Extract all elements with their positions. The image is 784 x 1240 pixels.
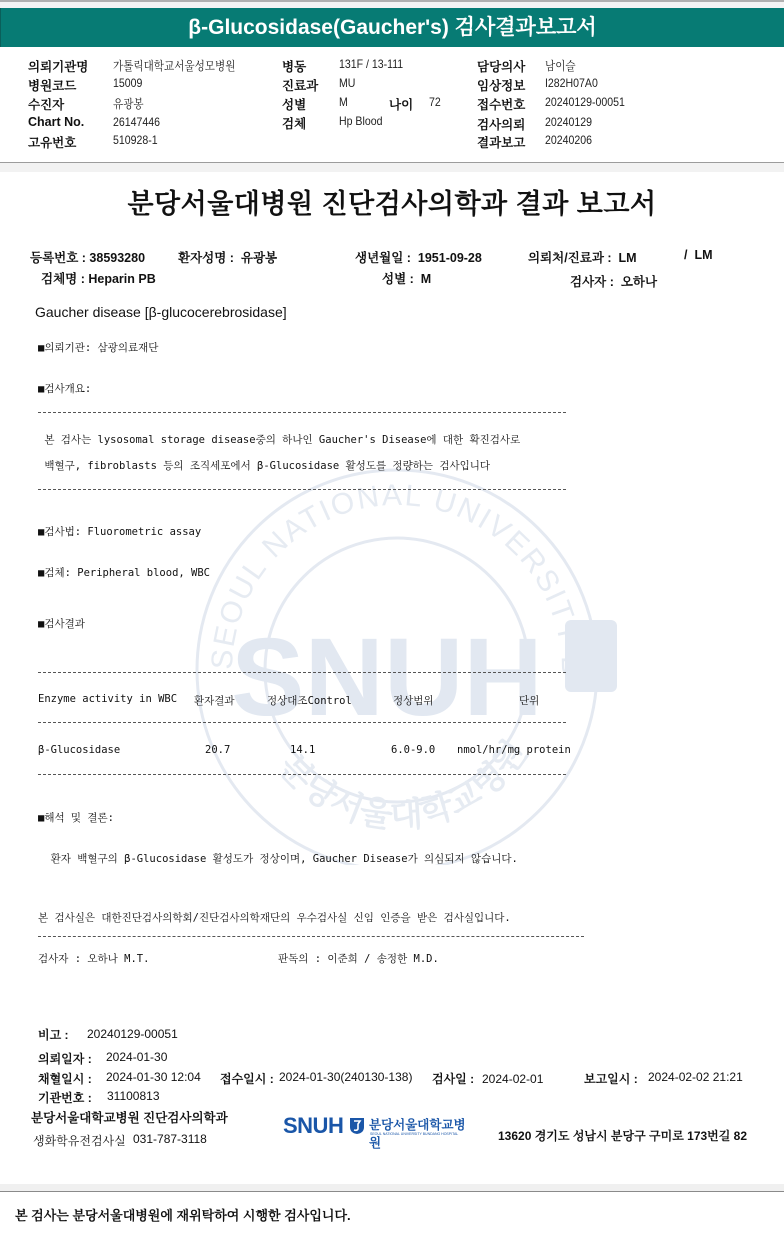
info-chart-no-value: 26147446	[113, 115, 166, 129]
dashed-rule	[38, 412, 566, 413]
col-enzyme: Enzyme activity in WBC	[38, 693, 177, 705]
info-institution: 의뢰기관명	[28, 57, 88, 75]
info-age: 나이	[389, 95, 413, 113]
info-institution-value: 가톨릭대학교서울성모병원	[113, 57, 252, 74]
report-date-value: 2024-02-02 21:21	[648, 1070, 743, 1084]
snuh-shield-icon	[349, 1117, 365, 1135]
request-date-label: 의뢰일자 :	[38, 1050, 92, 1067]
cell-unit: nmol/hr/mg protein	[457, 744, 571, 756]
patient-sex: 성별 : M	[382, 269, 431, 287]
info-doctor-value: 남이슬	[545, 57, 580, 74]
reconsignment-notice: 본 검사는 분당서울대병원에 재위탁하여 시행한 검사입니다.	[15, 1205, 351, 1224]
dashed-rule	[38, 936, 584, 937]
section-divider	[0, 162, 784, 172]
col-normal-range: 정상범위	[393, 693, 434, 708]
request-date-value: 2024-01-30	[106, 1050, 167, 1064]
report-title-bar-text: β-Glucosidase(Gaucher's) 검사결과보고서	[188, 16, 596, 39]
top-rule	[0, 0, 784, 8]
info-result-date: 결과보고	[477, 133, 525, 151]
certification-text: 본 검사실은 대한진단검사의학회/진단검사의학재단의 우수검사실 신임 인증을 …	[38, 910, 511, 925]
tester: 검사자 : 오하나	[570, 272, 657, 290]
collect-label: 채혈일시 :	[38, 1070, 92, 1087]
cell-patient-result: 20.7	[205, 744, 230, 756]
test-date-label: 검사일 :	[432, 1070, 474, 1087]
table-rule-bottom	[38, 774, 566, 775]
referring-dept-2: / LM	[684, 248, 713, 262]
test-method: ■검사법: Fluorometric assay	[38, 524, 201, 539]
info-specimen-value: Hp Blood	[339, 114, 388, 128]
info-sex-value: M	[339, 95, 349, 109]
info-request-date-value: 20240129	[545, 115, 598, 129]
note-value: 20240129-00051	[87, 1027, 178, 1041]
specimen-name: 검체명 : Heparin PB	[41, 269, 156, 287]
info-unique-no: 고유번호	[28, 133, 76, 151]
info-patient-value: 유광봉	[113, 95, 148, 112]
info-result-date-value: 20240206	[545, 133, 598, 147]
snuh-logo-text: SNUH	[283, 1113, 343, 1139]
institution-no-label: 기관번호 :	[38, 1089, 92, 1106]
test-date-value: 2024-02-01	[482, 1072, 543, 1086]
info-request-date: 검사의뢰	[477, 115, 525, 133]
date-of-birth: 생년월일 : 1951-09-28	[355, 248, 482, 266]
receive-value: 2024-01-30(240130-138)	[279, 1070, 412, 1084]
dashed-rule	[38, 489, 566, 490]
info-age-value: 72	[429, 95, 442, 109]
receive-label: 접수일시 :	[220, 1070, 274, 1087]
test-sample: ■검체: Peripheral blood, WBC	[38, 565, 210, 580]
col-control: 정상대조Control	[267, 693, 352, 708]
info-ward: 병동	[282, 57, 306, 75]
info-patient: 수진자	[28, 95, 64, 113]
hospital-report-title: 분당서울대병원 진단검사의학과 결과 보고서	[0, 182, 784, 221]
lab-phone: 031-787-3118	[133, 1132, 207, 1146]
info-clinical: 임상정보	[477, 76, 525, 94]
overview-line-1: 본 검사는 lysosomal storage disease중의 하나인 Ga…	[38, 432, 520, 447]
institution-no-value: 31100813	[107, 1089, 160, 1103]
interpretation-heading: ■해석 및 결론:	[38, 810, 114, 825]
cell-enzyme: β-Glucosidase	[38, 744, 120, 756]
info-sex: 성별	[282, 95, 306, 113]
info-ward-value: 131F / 13-111	[339, 57, 412, 71]
lab-department-name: 분당서울대학교병원 진단검사의학과	[31, 1108, 228, 1126]
examiner: 검사자 : 오하나 M.T.	[38, 951, 149, 966]
info-unique-no-value: 510928-1	[113, 133, 164, 147]
reading-physician: 판독의 : 이준희 / 송정한 M.D.	[278, 951, 439, 966]
lab-name: 생화학유전검사실	[33, 1132, 126, 1149]
overview-line-2: 백혈구, fibroblasts 등의 조직세포에서 β-Glucosidase…	[38, 458, 490, 473]
info-department: 진료과	[282, 76, 318, 94]
cell-normal-range: 6.0-9.0	[391, 744, 435, 756]
info-receipt-no-value: 20240129-00051	[545, 95, 636, 109]
report-title-bar: β-Glucosidase(Gaucher's) 검사결과보고서	[0, 8, 784, 47]
snuh-watermark-seal: SEOUL NATIONAL UNIVERSITY BUNDANG HOSPIT…	[172, 455, 622, 865]
referring-dept: 의뢰처/진료과 : LM	[528, 248, 637, 266]
info-receipt-no: 접수번호	[477, 95, 525, 113]
section-divider	[0, 1184, 784, 1192]
svg-text:SNUH: SNUH	[231, 616, 543, 739]
info-doctor: 담당의사	[477, 57, 525, 75]
col-unit: 단위	[519, 693, 539, 708]
patient-name: 환자성명 : 유광봉	[178, 248, 277, 266]
collect-value: 2024-01-30 12:04	[106, 1070, 201, 1084]
referring-institution: ■의뢰기관: 삼광의료재단	[38, 340, 158, 355]
overview-heading: ■검사개요:	[38, 381, 91, 396]
test-name: Gaucher disease [β-glucocerebrosidase]	[35, 304, 287, 320]
table-rule-mid	[38, 722, 566, 723]
info-clinical-value: I282H07A0	[545, 76, 605, 90]
snuh-logo-english: SEOUL NATIONAL UNIVERSITY BUNDANG HOSPIT…	[370, 1132, 458, 1136]
registration-no: 등록번호 : 38593280	[30, 248, 145, 266]
info-chart-no: Chart No.	[28, 115, 84, 129]
request-info-grid: 의뢰기관명 가톨릭대학교서울성모병원 병원코드 15009 수진자 유광봉 Ch…	[0, 55, 784, 150]
info-hospital-code: 병원코드	[28, 76, 76, 94]
note: 비고 :	[38, 1026, 69, 1043]
info-hospital-code-value: 15009	[113, 76, 146, 90]
results-heading: ■검사결과	[38, 616, 85, 631]
hospital-address: 13620 경기도 성남시 분당구 구미로 173번길 82	[498, 1127, 747, 1144]
col-patient-result: 환자결과	[194, 693, 235, 708]
info-department-value: MU	[339, 76, 358, 90]
report-date-label: 보고일시 :	[584, 1070, 638, 1087]
snuh-logo: SNUH 분당서울대학교병원 SEOUL NATIONAL UNIVERSITY…	[283, 1113, 473, 1143]
info-specimen: 검체	[282, 114, 306, 132]
cell-control: 14.1	[290, 744, 315, 756]
table-rule-top	[38, 672, 566, 673]
interpretation-text: 환자 백혈구의 β-Glucosidase 활성도가 정상이며, Gaucher…	[38, 851, 518, 866]
